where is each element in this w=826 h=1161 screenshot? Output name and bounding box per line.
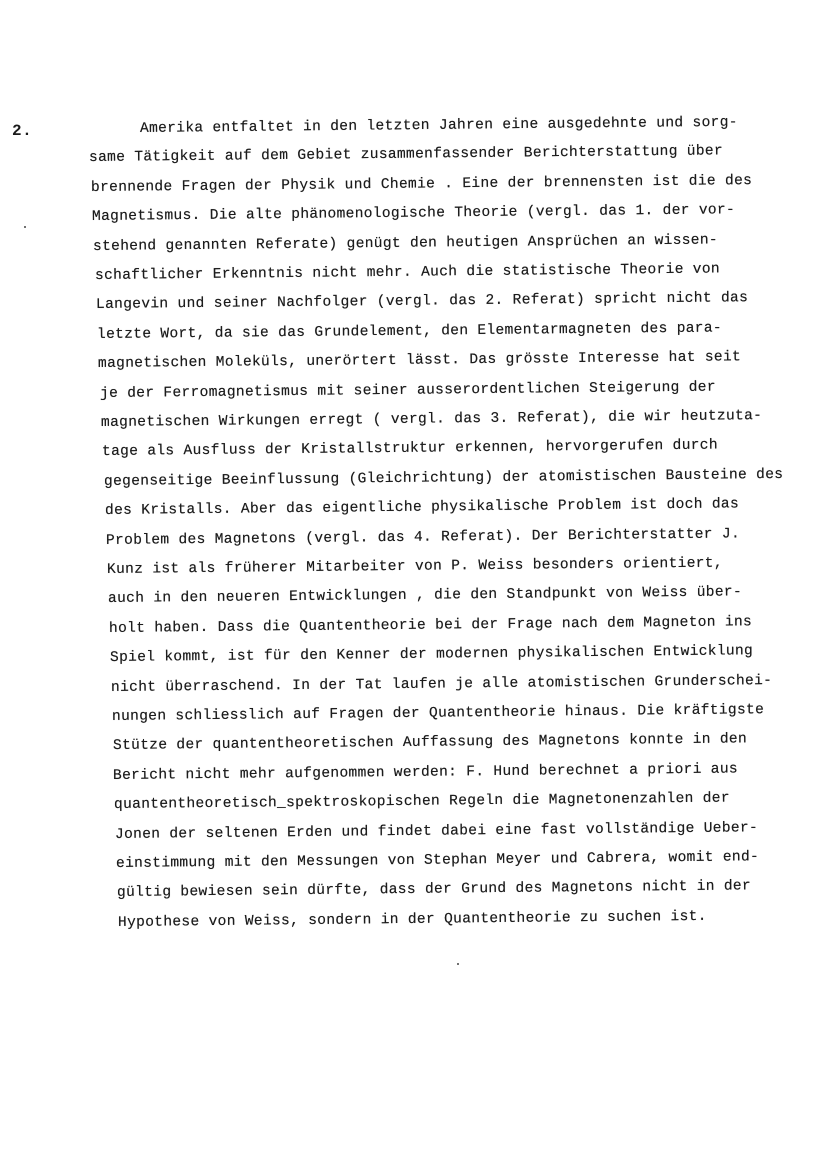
text-line: stehend genannten Referate) genügt den h… — [93, 232, 718, 255]
text-line: Magnetismus. Die alte phänomenologische … — [92, 202, 735, 225]
text-line: brennende Fragen der Physik und Chemie .… — [91, 173, 752, 196]
page-number: 2. — [12, 122, 32, 140]
text-line: Problem des Magnetons (vergl. das 4. Ref… — [106, 526, 740, 549]
typed-document-page: 2. Amerika entfaltet in den letzten Jahr… — [0, 0, 826, 1161]
text-line: auch in den neueren Entwicklungen , die … — [108, 585, 742, 608]
text-line: Amerika entfaltet in den letzten Jahren … — [140, 115, 738, 137]
text-line: des Kristalls. Aber das eigentliche phys… — [105, 497, 739, 520]
text-line: gültig bewiesen sein dürfte, dass der Gr… — [117, 879, 751, 902]
text-line: letzte Wort, da sie das Grundelement, de… — [97, 320, 722, 343]
text-line: schaftlicher Erkenntnis nicht mehr. Auch… — [94, 261, 719, 284]
text-line: Jonen der seltenen Erden und findet dabe… — [115, 820, 758, 843]
text-line: magnetischen Moleküls, unerörtert lässt.… — [98, 349, 741, 372]
text-line: nicht überraschend. In der Tat laufen je… — [111, 673, 772, 696]
text-line: Langevin und seiner Nachfolger (vergl. d… — [96, 291, 748, 314]
text-line: nungen schliesslich auf Fragen der Quant… — [112, 702, 764, 725]
text-line: Hypothese von Weiss, sondern in der Quan… — [118, 909, 707, 931]
text-line: tage als Ausfluss der Kristallstruktur e… — [102, 438, 718, 460]
text-line: gegenseitige Beeinflussung (Gleichrichtu… — [104, 467, 783, 490]
text-line: je der Ferromagnetismus mit seiner ausse… — [100, 379, 716, 401]
ink-speck — [24, 226, 26, 228]
text-line: same Tätigkeit auf dem Gebiet zusammenfa… — [89, 144, 723, 167]
text-line: holt haben. Dass die Quantentheorie bei … — [109, 614, 752, 637]
text-line: Stütze der quantentheoretischen Auffassu… — [112, 732, 746, 755]
text-line: einstimmung mit den Messungen von Stepha… — [116, 849, 759, 872]
text-line: Spiel kommt, ist für den Kenner der mode… — [110, 643, 753, 666]
text-line: Kunz ist als früherer Mitarbeiter von P.… — [107, 556, 723, 578]
text-line: Bericht nicht mehr aufgenommen werden: F… — [113, 761, 738, 784]
ink-speck — [457, 963, 459, 965]
text-line: quantentheoretisch_spektroskopischen Reg… — [114, 791, 730, 813]
text-line: magnetischen Wirkungen erregt ( vergl. d… — [101, 408, 762, 431]
